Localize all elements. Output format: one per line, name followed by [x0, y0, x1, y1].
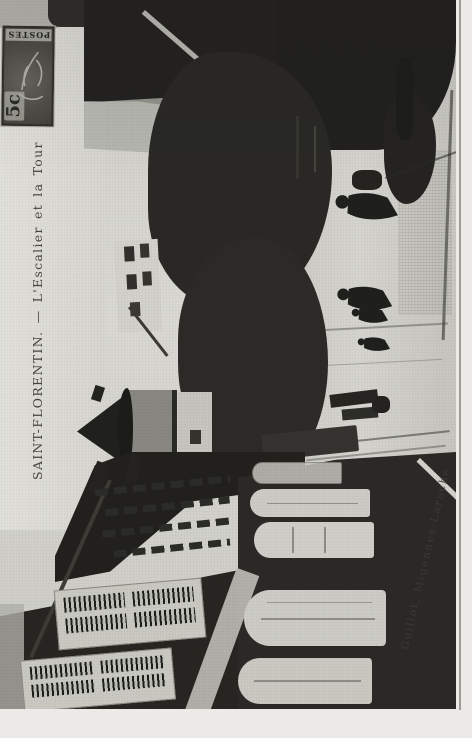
- stamp-inscription: POSTES: [7, 30, 50, 41]
- shutter-slats: [65, 607, 196, 633]
- figure-child: [356, 336, 392, 352]
- figure-bundle: [352, 170, 382, 190]
- shutter-row: [102, 517, 233, 538]
- pole: [314, 126, 316, 172]
- frame-bar: [324, 527, 326, 552]
- border-line: [459, 0, 461, 710]
- wall-light-wedge: [0, 604, 24, 709]
- tree-trunk-shadow: [396, 58, 413, 140]
- arched-window: [250, 489, 370, 517]
- frame-line: [267, 602, 372, 603]
- stamp-denomination: 5c: [4, 91, 24, 121]
- louvered-window: [54, 578, 207, 651]
- arched-window: [238, 658, 372, 704]
- frame-line: [261, 618, 375, 620]
- figure-child: [350, 306, 390, 324]
- window: [190, 430, 201, 444]
- postcard-photo: [0, 0, 456, 709]
- window: [140, 243, 150, 257]
- shutter-row: [105, 496, 230, 516]
- window: [124, 246, 135, 262]
- arched-window: [254, 522, 374, 558]
- window: [126, 274, 137, 290]
- arched-window: [252, 462, 342, 484]
- window: [142, 271, 152, 285]
- arched-doorway: [244, 590, 386, 646]
- figure-woman: [334, 190, 400, 222]
- frame-line: [267, 503, 358, 504]
- pole: [296, 116, 299, 178]
- postage-stamp: POSTES 5c: [1, 26, 54, 127]
- postcard: SAINT-FLORENTIN. — L'Escalier et la Tour…: [0, 0, 472, 738]
- shutter-row: [113, 539, 230, 558]
- postcard-caption: SAINT-FLORENTIN. — L'Escalier et la Tour: [30, 140, 45, 480]
- frame-line: [254, 680, 361, 682]
- stamp-inscription-band: POSTES: [5, 29, 51, 42]
- frame-bar: [292, 527, 294, 552]
- figure-stooping: [372, 396, 390, 413]
- bottom-margin: [0, 709, 472, 738]
- distant-shutters: [95, 475, 242, 597]
